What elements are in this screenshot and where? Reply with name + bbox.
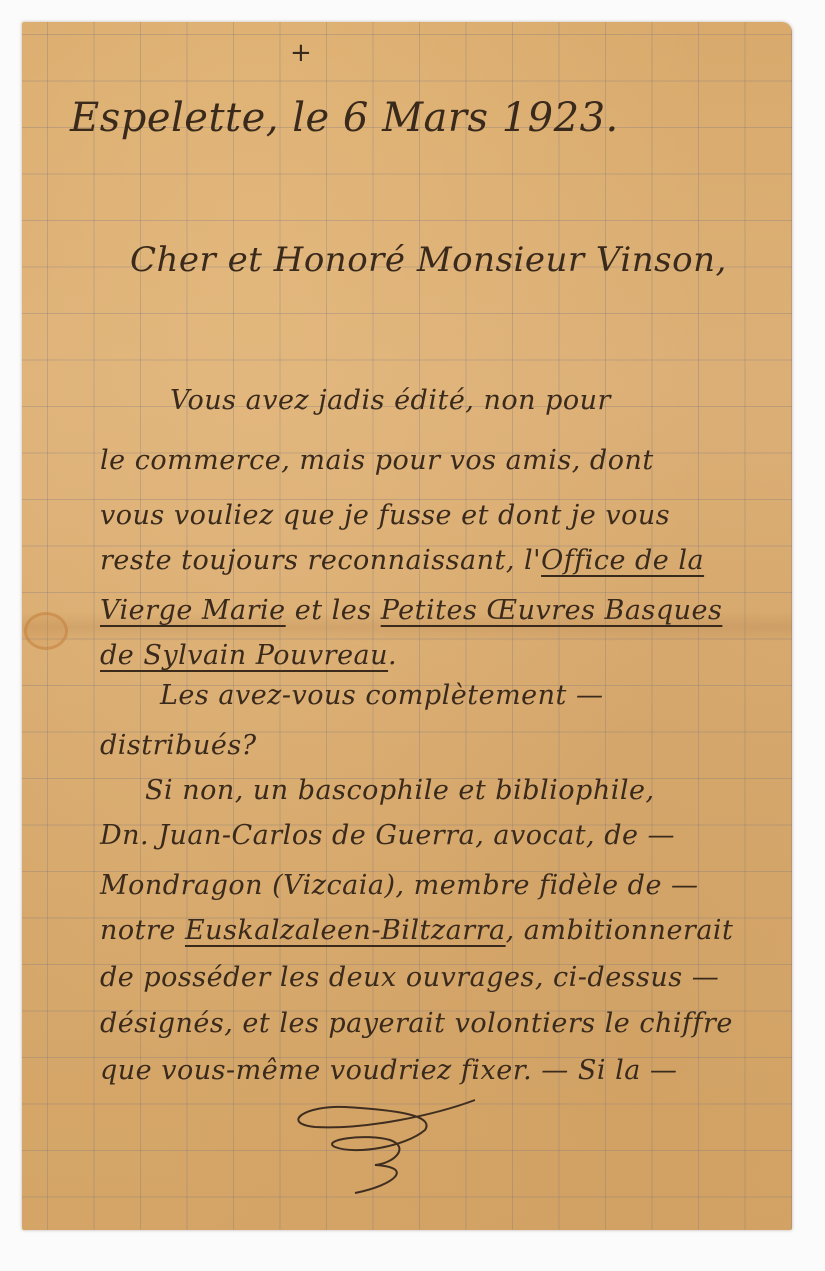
body-line-15: que vous-même voudriez fixer. — Si la —: [100, 1055, 677, 1086]
title-sylvain-pouvreau: de Sylvain Pouvreau: [100, 640, 388, 671]
body-line-2: le commerce, mais pour vos amis, dont: [100, 445, 654, 476]
salutation: Cher et Honoré Monsieur Vinson,: [130, 240, 727, 280]
letter-page: [22, 22, 792, 1230]
cross-mark: +: [290, 38, 312, 68]
paraph-flourish-icon: [285, 1085, 505, 1205]
title-vierge-marie: Vierge Marie: [100, 595, 286, 626]
place-date-line: Espelette, le 6 Mars 1923.: [70, 95, 619, 141]
title-office-de-la: Office de la: [541, 545, 704, 576]
body-line-10: Dn. Juan-Carlos de Guerra, avocat, de —: [100, 820, 675, 851]
body-line-13: de posséder les deux ouvrages, ci-dessus…: [100, 962, 719, 993]
body-line-5: Vierge Marie et les Petites Œuvres Basqu…: [100, 595, 722, 626]
text-segment: et les: [286, 595, 381, 626]
body-line-7: Les avez-vous complètement —: [160, 680, 603, 711]
body-line-12: notre Euskalzaleen-Biltzarra, ambitionne…: [100, 915, 733, 946]
body-line-14: désignés, et les payerait volontiers le …: [100, 1008, 733, 1039]
text-segment: reste toujours reconnaissant, l': [100, 545, 541, 576]
text-segment: notre: [100, 915, 185, 946]
water-stain: [24, 612, 68, 650]
text-segment: , ambitionnerait: [506, 915, 734, 946]
text-segment: .: [388, 640, 397, 671]
body-line-11: Mondragon (Vizcaia), membre fidèle de —: [100, 870, 699, 901]
title-euskalzaleen-biltzarra: Euskalzaleen-Biltzarra: [185, 915, 506, 946]
body-line-3: vous vouliez que je fusse et dont je vou…: [100, 500, 670, 531]
body-line-1: Vous avez jadis édité, non pour: [170, 385, 611, 416]
body-line-6: de Sylvain Pouvreau.: [100, 640, 397, 671]
body-line-9: Si non, un bascophile et bibliophile,: [145, 775, 655, 806]
title-petites-oeuvres-basques: Petites Œuvres Basques: [381, 595, 723, 626]
body-line-8: distribués?: [100, 730, 257, 761]
body-line-4: reste toujours reconnaissant, l'Office d…: [100, 545, 704, 576]
